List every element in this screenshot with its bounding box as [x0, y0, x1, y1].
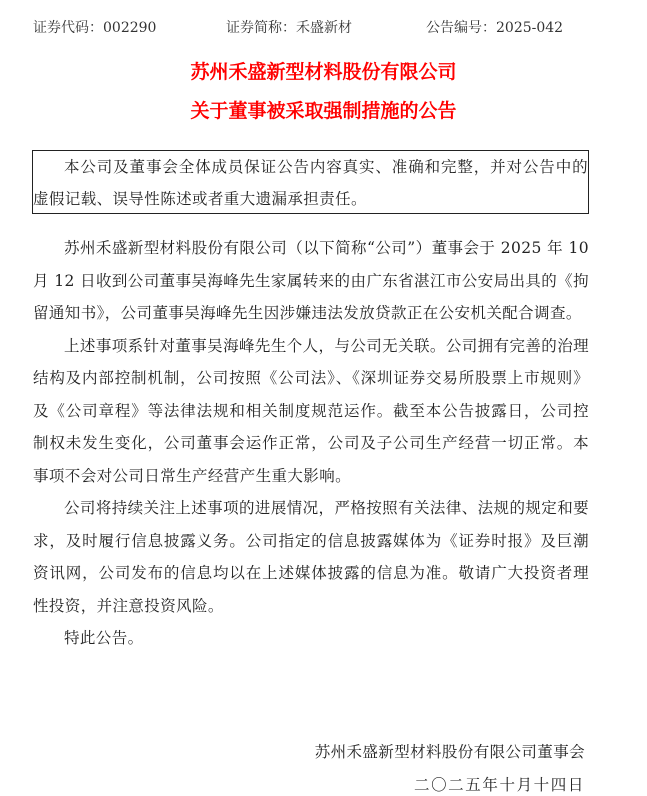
company-title: 苏州禾盛新型材料股份有限公司	[0, 58, 647, 86]
paragraph-disclosure: 公司将持续关注上述事项的进展情况，严格按照有关法律、法规的规定和要求，及时履行信…	[33, 492, 589, 622]
responsibility-statement-box: 本公司及董事会全体成员保证公告内容真实、准确和完整，并对公告中的虚假记载、误导性…	[32, 150, 589, 214]
issuer-signature: 苏州禾盛新型材料股份有限公司董事会	[315, 741, 585, 763]
issue-date: 二〇二五年十月十四日	[414, 774, 585, 796]
responsibility-statement: 本公司及董事会全体成员保证公告内容真实、准确和完整，并对公告中的虚假记载、误导性…	[33, 151, 588, 215]
paragraph-detention-notice: 苏州禾盛新型材料股份有限公司（以下简称“公司”）董事会于 2025 年 10 月…	[33, 232, 589, 330]
paragraph-company-impact: 上述事项系针对董事吴海峰先生个人，与公司无关联。公司拥有完善的治理结构及内部控制…	[33, 330, 589, 493]
announcement-title: 关于董事被采取强制措施的公告	[0, 97, 647, 125]
announcement-number: 公告编号：2025-042	[426, 17, 563, 39]
stock-code: 证券代码：002290	[33, 17, 156, 39]
paragraph-closing: 特此公告。	[33, 622, 589, 655]
announcement-header: 证券代码：002290 证券简称：禾盛新材 公告编号：2025-042	[33, 17, 593, 39]
announcement-body: 苏州禾盛新型材料股份有限公司（以下简称“公司”）董事会于 2025 年 10 月…	[33, 232, 589, 655]
stock-name: 证券简称：禾盛新材	[226, 17, 352, 39]
